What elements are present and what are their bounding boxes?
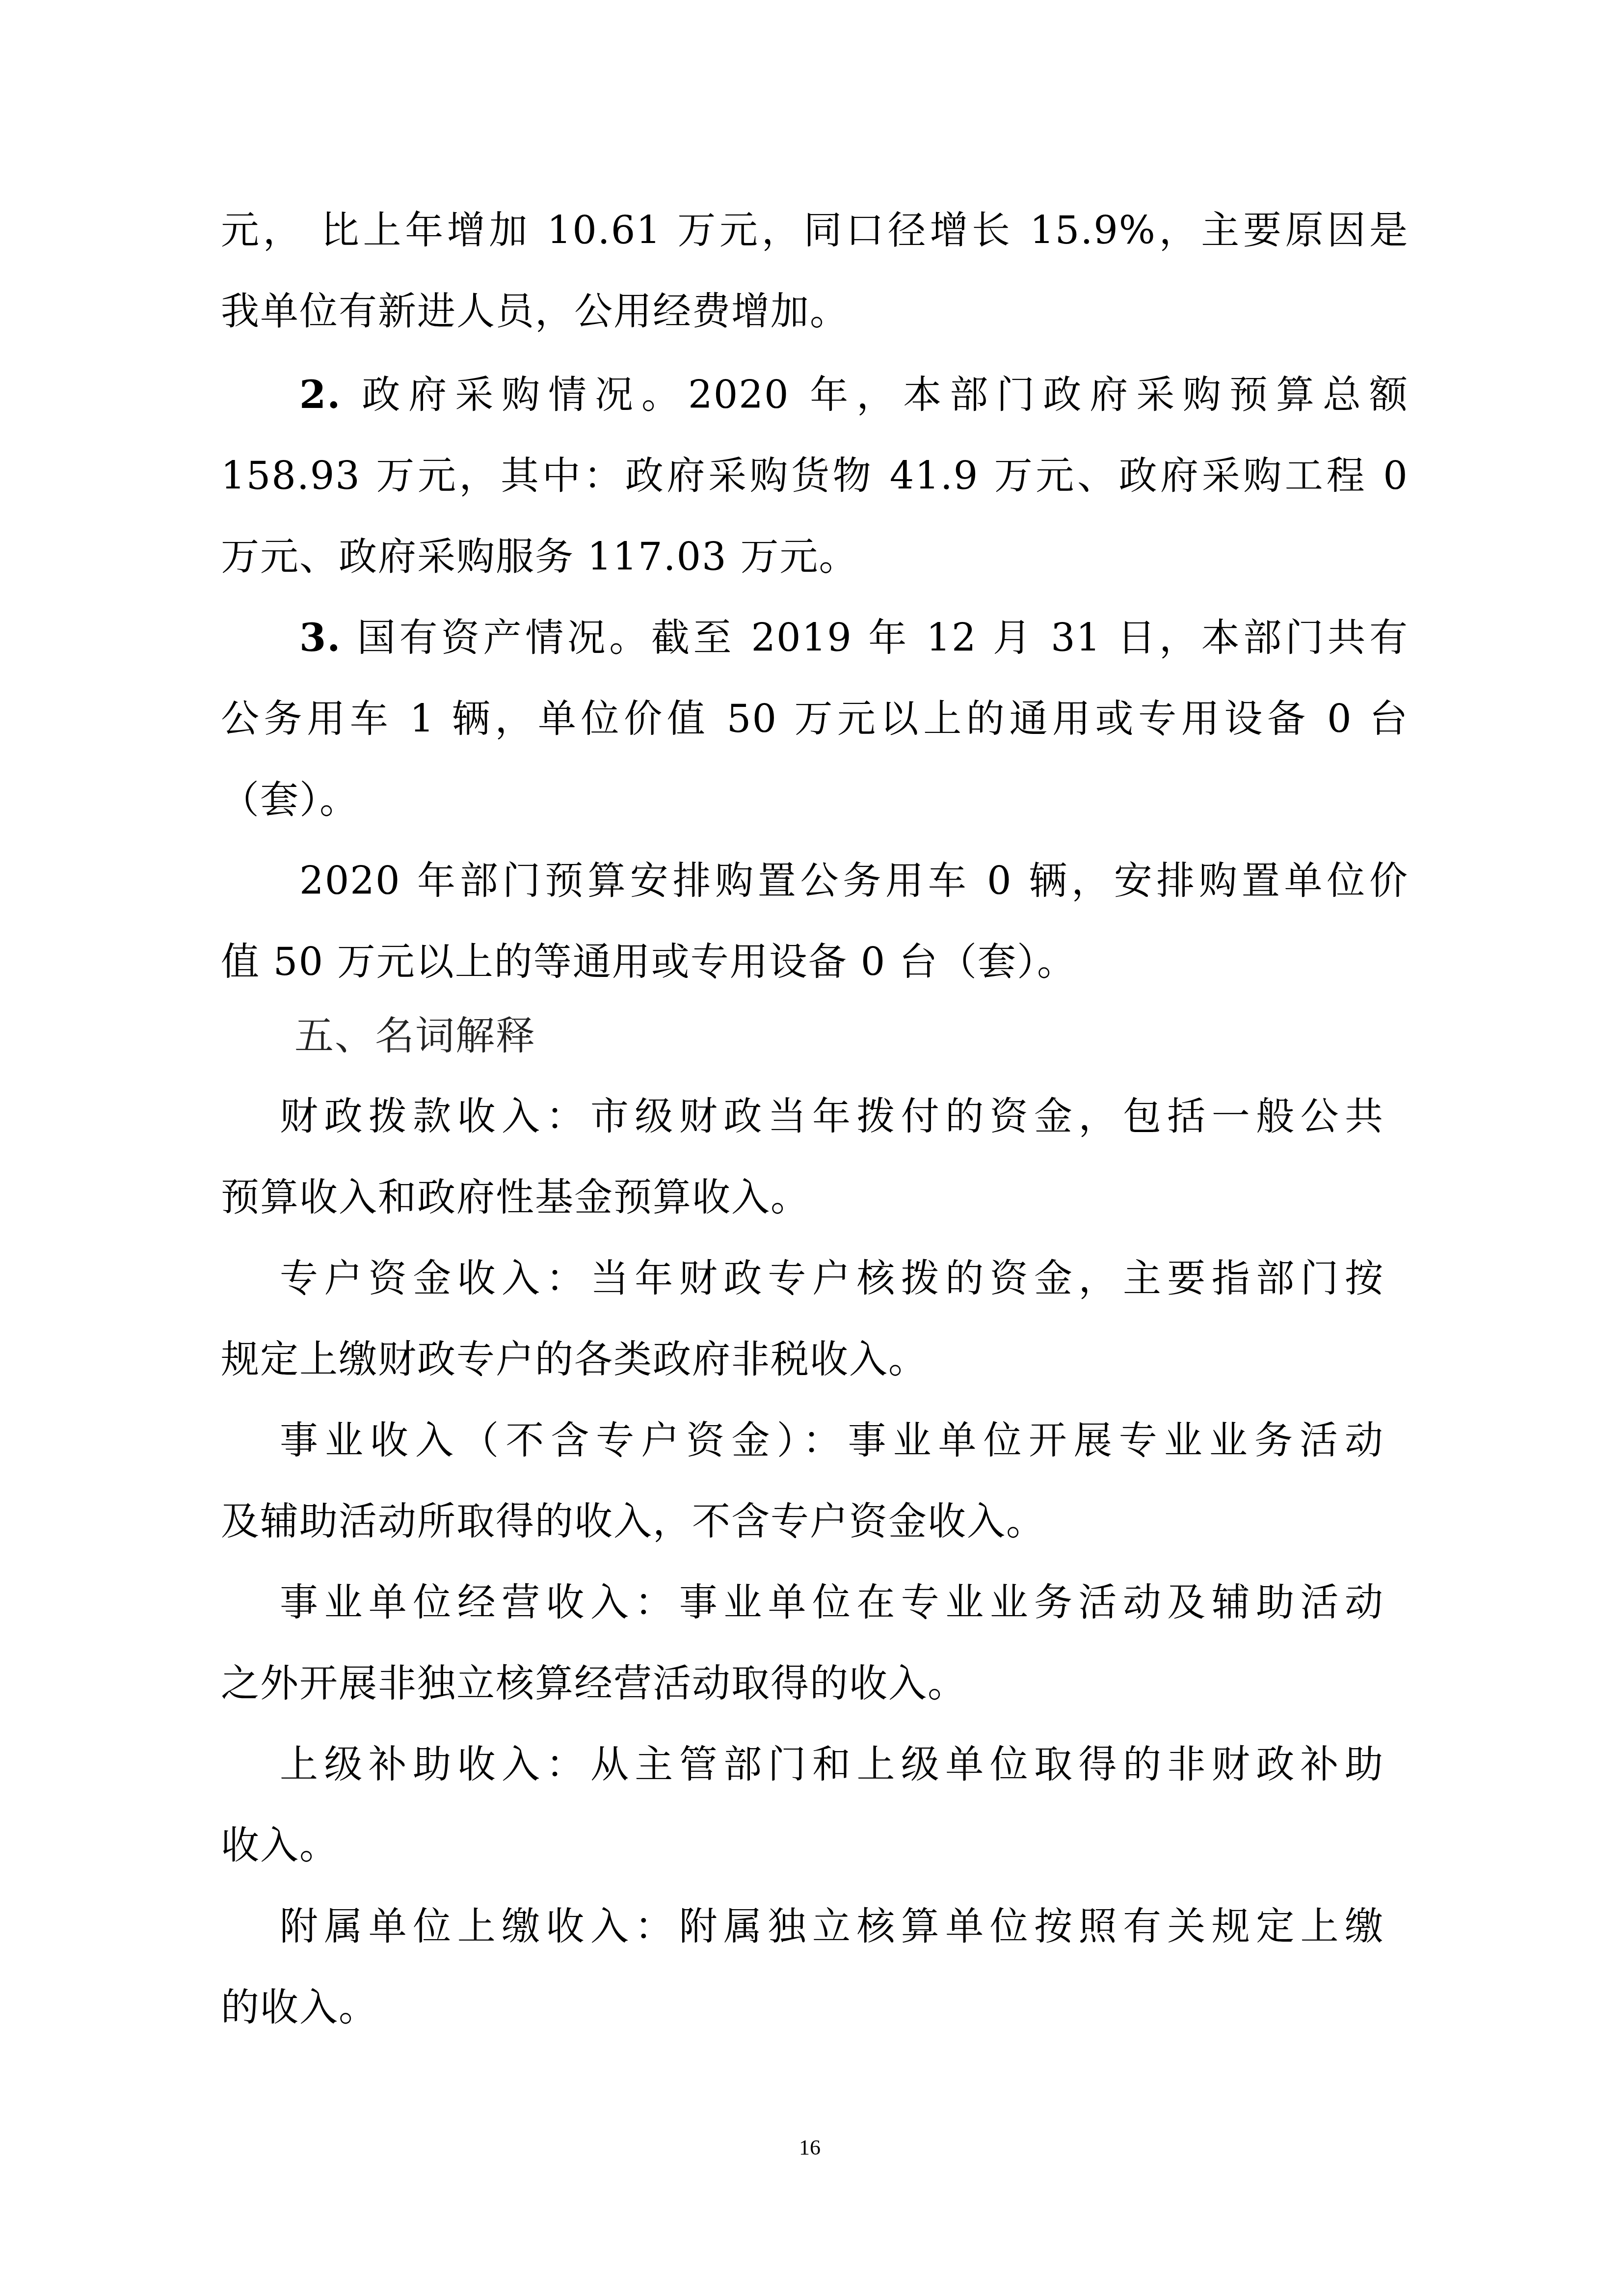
paragraph-line: 158.93 万元，其中：政府采购货物 41.9 万元、政府采购工程 0: [221, 452, 1409, 501]
paragraph-line: 元， 比上年增加 10.61 万元，同口径增长 15.9%，主要原因是: [221, 206, 1409, 255]
page-number: 16: [771, 2133, 849, 2162]
definition-line: 的收入。: [221, 1983, 1409, 2032]
definition-line: 专户资金收入：当年财政专户核拨的资金，主要指部门按: [280, 1254, 1384, 1303]
procurement-paragraph: 2. 政府采购情况。2020 年，本部门政府采购预算总额: [299, 371, 1409, 420]
item-number: 2.: [299, 373, 341, 417]
paragraph-line: （套）。: [221, 776, 1409, 825]
paragraph-line: 公务用车 1 辆，单位价值 50 万元以上的通用或专用设备 0 台: [221, 695, 1409, 744]
definition-line: 收入。: [221, 1821, 1409, 1870]
item-number: 3.: [299, 616, 341, 660]
definition-line: 预算收入和政府性基金预算收入。: [221, 1173, 1409, 1222]
paragraph-line: 我单位有新进人员，公用经费增加。: [221, 287, 1409, 336]
definition-line: 及辅助活动所取得的收入，不含专户资金收入。: [221, 1497, 1409, 1546]
paragraph-text: 政府采购情况。2020 年，本部门政府采购预算总额: [362, 373, 1409, 417]
paragraph-text: 国有资产情况。截至 2019 年 12 月 31 日，本部门共有: [357, 616, 1409, 660]
assets-paragraph: 3. 国有资产情况。截至 2019 年 12 月 31 日，本部门共有: [299, 614, 1409, 663]
section-heading: 五、名词解释: [294, 1011, 536, 1060]
definition-line: 规定上缴财政专户的各类政府非税收入。: [221, 1335, 1409, 1384]
paragraph-line: 值 50 万元以上的等通用或专用设备 0 台（套）。: [221, 938, 1409, 987]
paragraph-line: 万元、政府采购服务 117.03 万元。: [221, 533, 1409, 582]
definition-line: 事业收入（不含专户资金）：事业单位开展专业业务活动: [280, 1416, 1384, 1465]
paragraph-line: 2020 年部门预算安排购置公务用车 0 辆，安排购置单位价: [299, 857, 1409, 906]
definition-line: 事业单位经营收入：事业单位在专业业务活动及辅助活动: [280, 1578, 1384, 1627]
definition-line: 之外开展非独立核算经营活动取得的收入。: [221, 1659, 1409, 1708]
definition-line: 附属单位上缴收入：附属独立核算单位按照有关规定上缴: [280, 1902, 1384, 1951]
definition-line: 上级补助收入：从主管部门和上级单位取得的非财政补助: [280, 1740, 1384, 1789]
document-page: 元， 比上年增加 10.61 万元，同口径增长 15.9%，主要原因是 我单位有…: [0, 0, 1623, 2296]
definition-line: 财政拨款收入：市级财政当年拨付的资金，包括一般公共: [280, 1092, 1384, 1141]
